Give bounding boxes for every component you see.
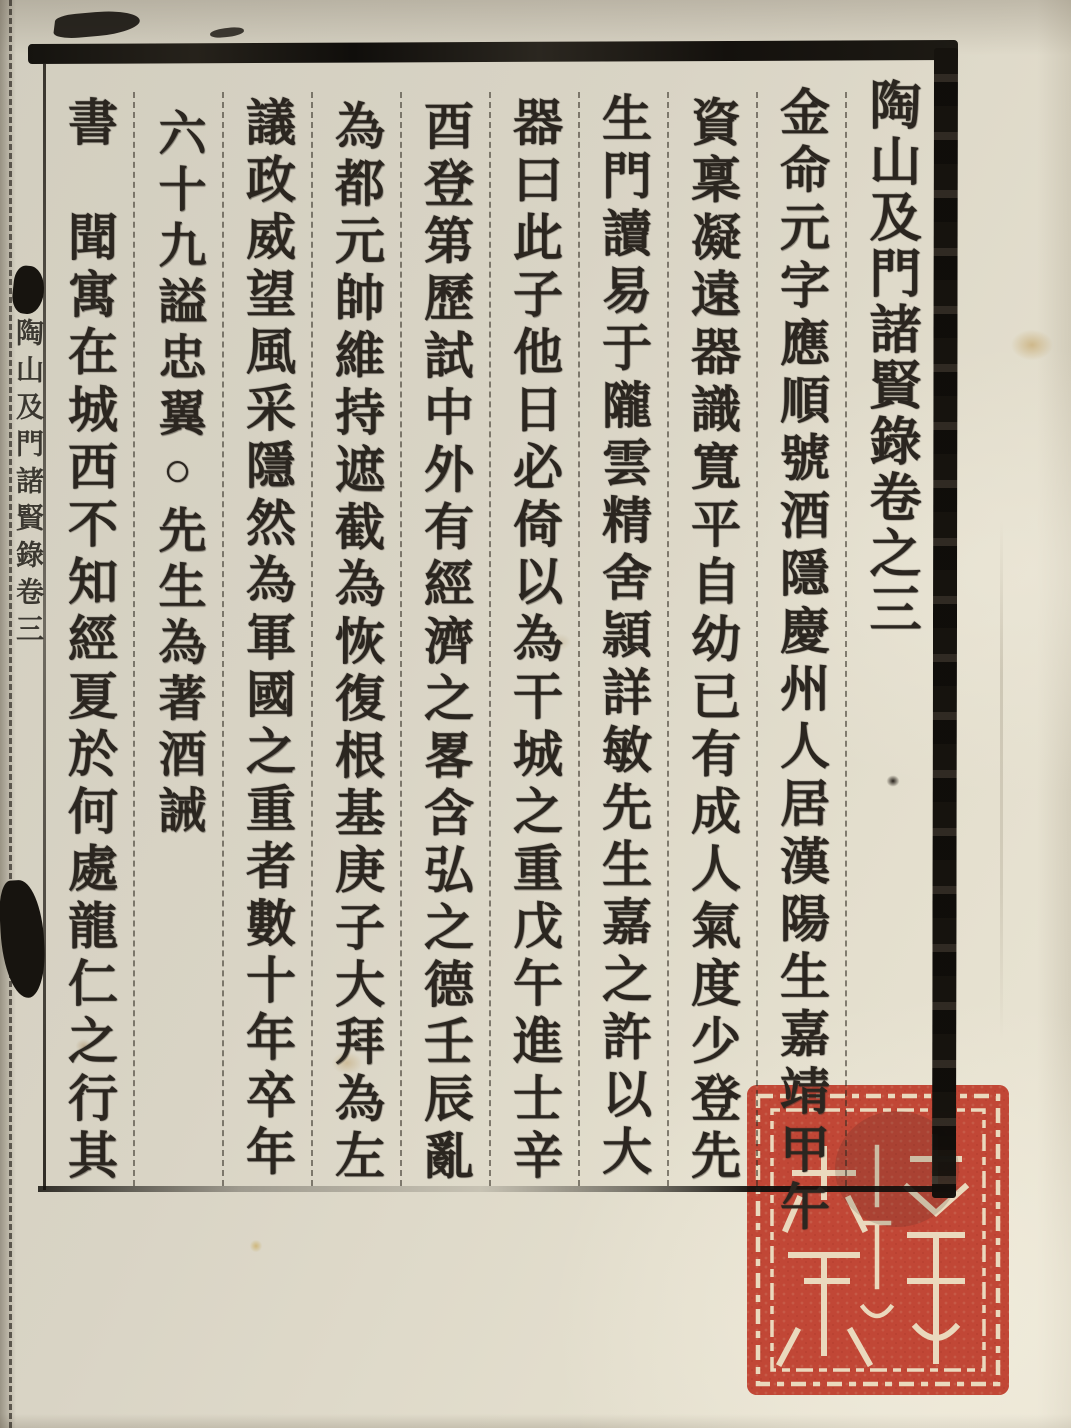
frame-top-border [28,40,958,64]
text-column-1: 陶山及門諸賢錄卷之三 [845,78,934,638]
text-column-5: 器曰此子他日必倚以為干城之重戊午進士辛 [489,96,578,1187]
text-column-6: 酉登第歷試中外有經濟之畧含弘之德壬辰亂 [400,100,489,1187]
corner-ink-smudge [53,8,142,40]
top-ink-tick [210,26,245,39]
spine-fishtail-top [11,265,47,316]
spine-fold-line [9,0,12,1428]
text-column-7: 為都元帥維持遮截為恢復根基庚子大拜為左 [311,100,400,1187]
text-column-2: 金命元字應順號酒隱慶州人居漢陽生嘉靖甲午 [756,86,845,1238]
text-column-9: 六十九謚忠翼○先生為著酒誡 [133,108,222,841]
paper-crease [1000,520,1003,1040]
frame-right-border [932,48,958,1198]
text-column-10: 書 聞寓在城西不知經夏於何處龍仁之行其 [44,96,133,1187]
text-column-8: 議政威望風采隱然為軍國之重者數十年卒年 [222,96,311,1183]
text-column-4: 生門讀易于隴雲精舍頴詳敏先生嘉之許以大 [578,92,667,1183]
spine-fishtail-bottom [0,879,47,999]
page-root: 陶山及門諸賢錄卷三 陶山及門諸賢錄卷之三金命元字應順號酒隱慶州人居漢陽生嘉靖甲午… [0,0,1071,1428]
spine-title: 陶山及門諸賢錄卷三 [9,318,45,651]
text-column-3: 資稟凝遠器識寬平自幼已有成人氣度少登先 [667,96,756,1187]
